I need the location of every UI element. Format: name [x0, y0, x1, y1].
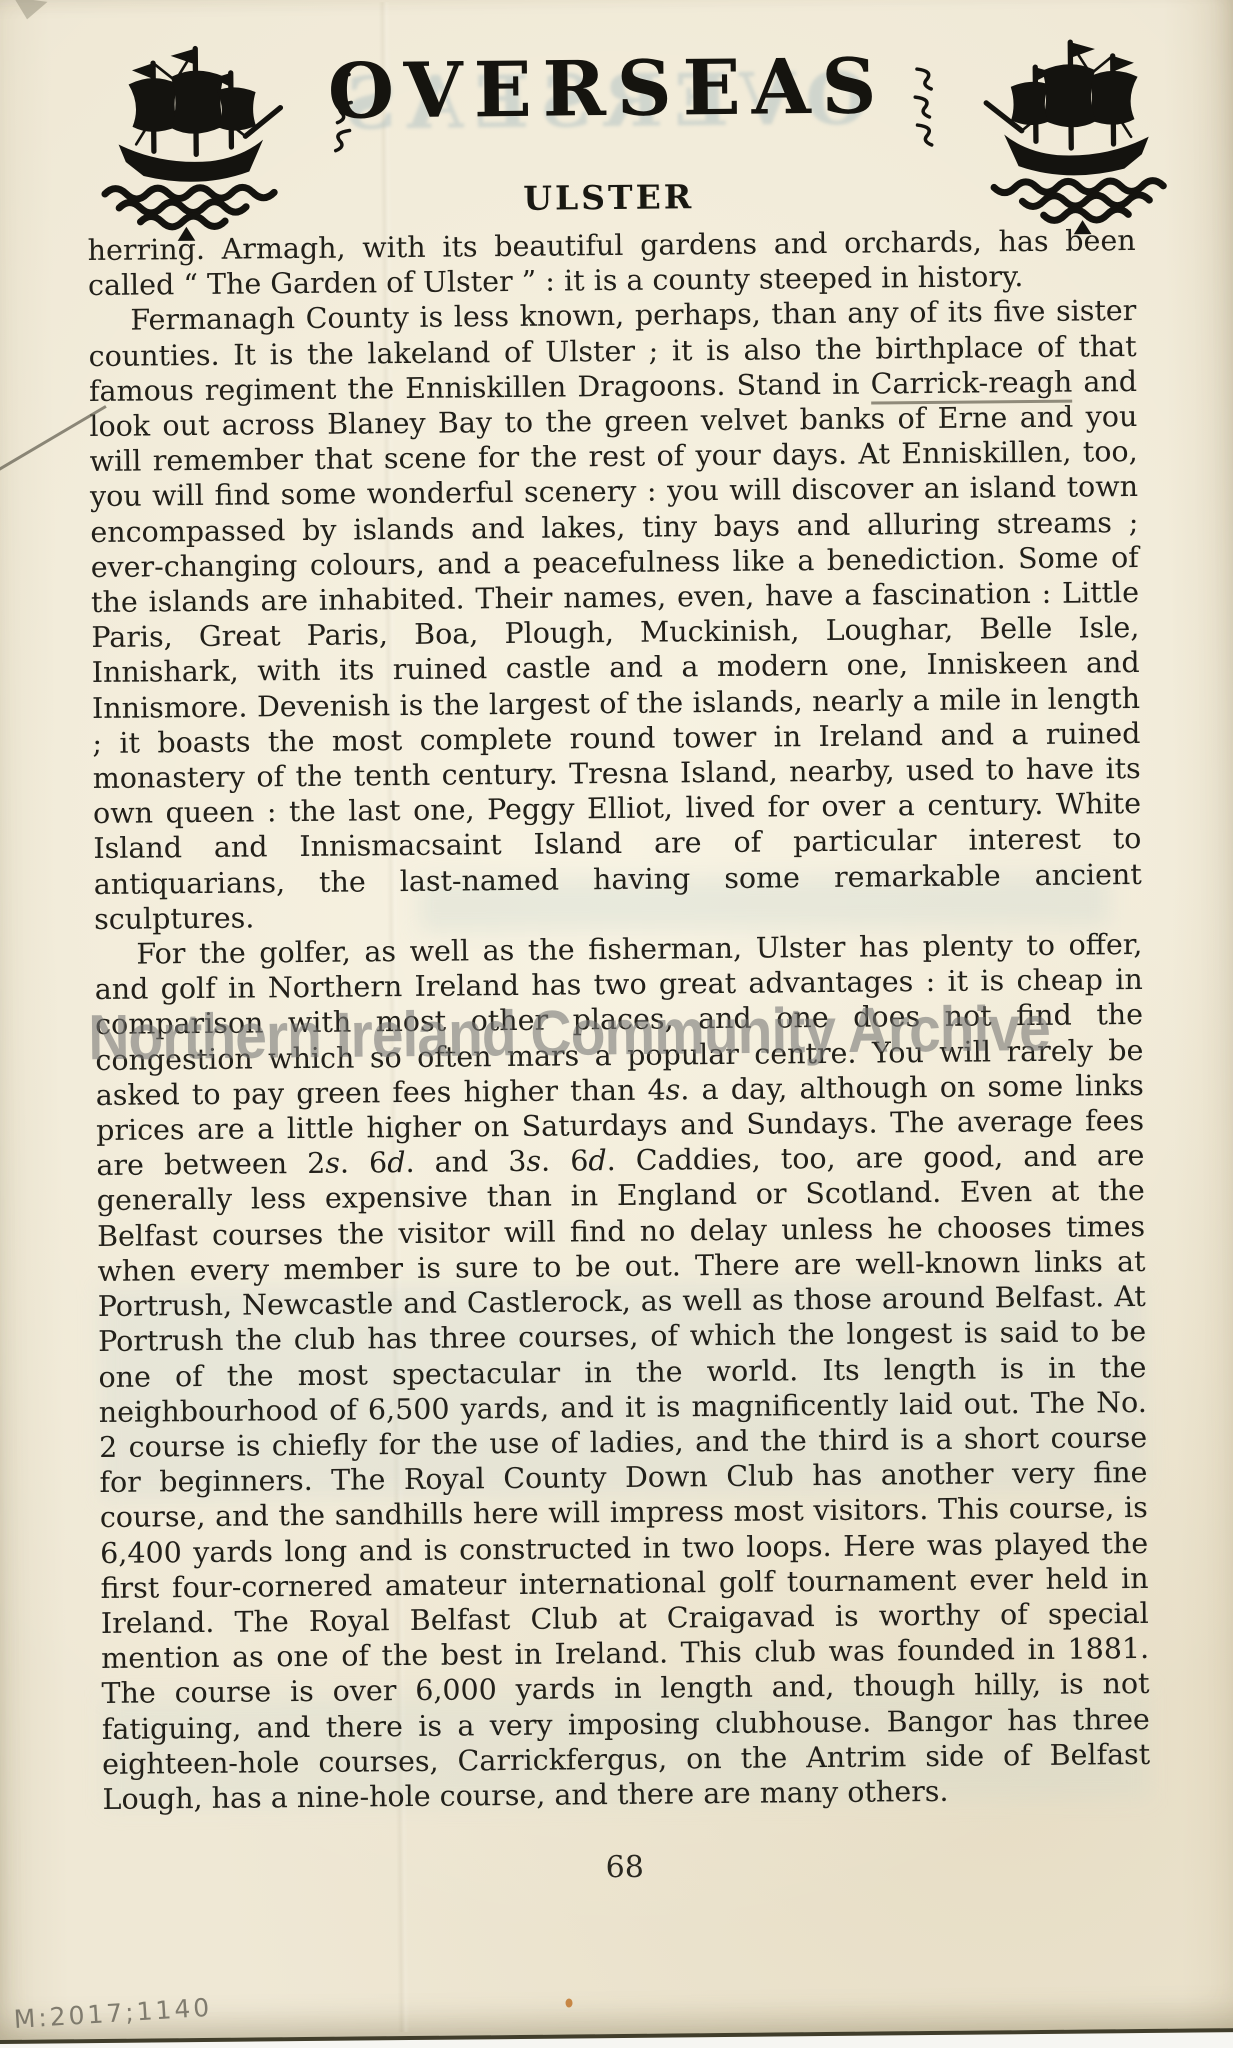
text-run: d [387, 1146, 406, 1179]
archive-watermark: Northern Ireland Community Archive [88, 991, 1189, 1075]
text-run: s [325, 1147, 340, 1180]
text-run: s [526, 1145, 541, 1178]
text-run: s [666, 1073, 681, 1106]
page-number: 68 [8, 1844, 1233, 1891]
text-run: herring. Armagh, with its beautiful gard… [88, 224, 1136, 302]
text-run: . Caddies, too, are good, and are genera… [97, 1139, 1151, 1816]
text-run: . 6 [541, 1145, 589, 1178]
catalog-number-handwritten: M:2017;1140 [13, 1993, 213, 2034]
page-title: OVERSEAS [0, 38, 1225, 139]
paragraph: Fermanagh County is less known, perhaps,… [88, 293, 1142, 937]
text-run: and look out across Blaney Bay to the gr… [89, 365, 1142, 936]
paper-sheet: OVERSEAS OVERSEAS ULSTER [0, 0, 1233, 2044]
page-content: OVERSEAS OVERSEAS ULSTER [0, 0, 1233, 2036]
pencil-underlined-text: Carrick-reagh [871, 365, 1073, 404]
text-run: . 6 [340, 1146, 388, 1179]
paper-tear [11, 0, 47, 22]
text-run: d [588, 1144, 607, 1177]
paragraph: herring. Armagh, with its beautiful gard… [88, 223, 1137, 303]
scanned-page: OVERSEAS OVERSEAS ULSTER [0, 0, 1233, 2048]
stain-dot [565, 1998, 572, 2007]
text-run: . and 3 [405, 1145, 526, 1179]
